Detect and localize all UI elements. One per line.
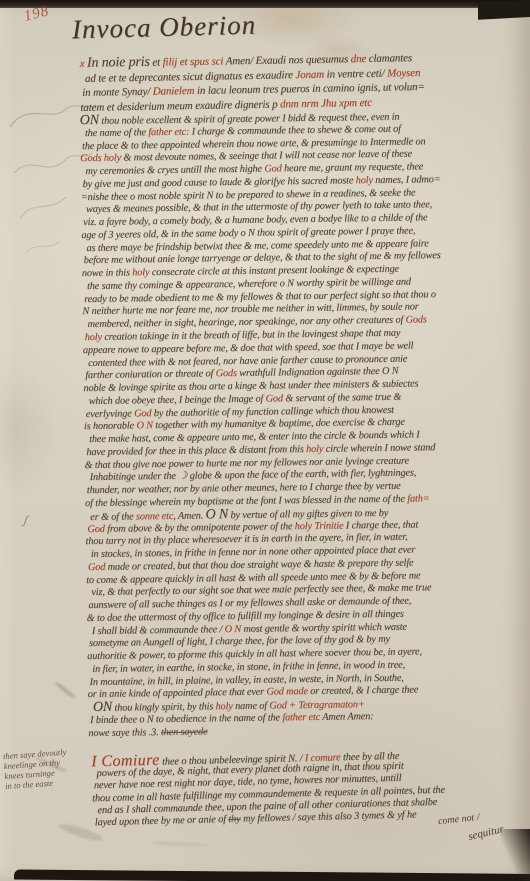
pencil-smudge xyxy=(150,841,210,847)
first-conjuration-paragraph: ON thou noble excellent & spirit of grea… xyxy=(80,109,530,741)
manuscript-page: 198 Invoca Oberion x In noie pris et fil… xyxy=(0,0,530,881)
page-edge-top xyxy=(0,0,530,8)
page-edge-bottom-right xyxy=(500,829,530,881)
margin-note: then saye devoutlykneelinge on thyknees … xyxy=(3,745,96,791)
latin-invocation-paragraph: x In noie pris et filij et spus sci Amen… xyxy=(80,49,530,115)
page-edge-top-right xyxy=(478,0,530,20)
pencil-smudge xyxy=(54,680,77,699)
pen-mark: ʃ xyxy=(23,512,29,528)
page-title: Invoca Oberion xyxy=(72,10,257,46)
page-edge-bottom xyxy=(14,869,530,881)
